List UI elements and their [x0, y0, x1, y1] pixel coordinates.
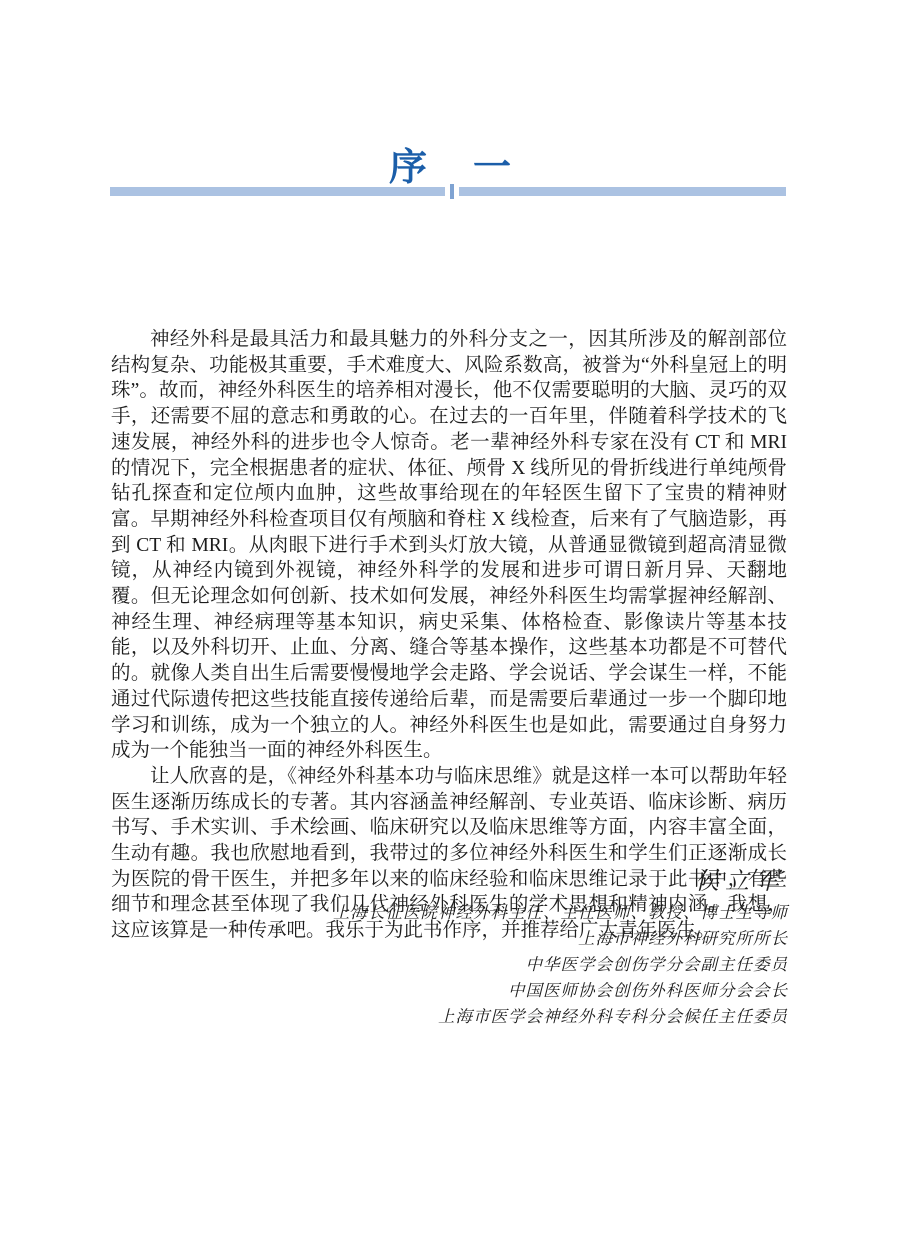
- credential-line: 上海长征医院神经外科主任、主任医师、教授、博士生导师: [333, 900, 788, 926]
- credential-line: 上海市医学会神经外科专科分会候任主任委员: [333, 1004, 788, 1030]
- credential-line: 中国医师协会创伤外科医师分会会长: [333, 978, 788, 1004]
- preface-page: 序 一 神经外科是最具活力和最具魅力的外科分支之一，因其所涉及的解剖部位结构复杂…: [0, 0, 900, 1233]
- rule-left-segment: [110, 187, 445, 196]
- credential-line: 中华医学会创伤学分会副主任委员: [333, 952, 788, 978]
- rule-right-segment: [459, 187, 786, 196]
- preface-paragraph-1: 神经外科是最具活力和最具魅力的外科分支之一，因其所涉及的解剖部位结构复杂、功能极…: [111, 327, 787, 764]
- author-signature: 侯立军: [695, 866, 785, 896]
- preface-body: 神经外科是最具活力和最具魅力的外科分支之一，因其所涉及的解剖部位结构复杂、功能极…: [111, 327, 787, 944]
- decorative-rule: [110, 184, 786, 199]
- credential-line: 上海市神经外科研究所所长: [333, 926, 788, 952]
- author-credentials: 上海长征医院神经外科主任、主任医师、教授、博士生导师 上海市神经外科研究所所长 …: [333, 900, 788, 1030]
- rule-center-tick: [450, 184, 454, 199]
